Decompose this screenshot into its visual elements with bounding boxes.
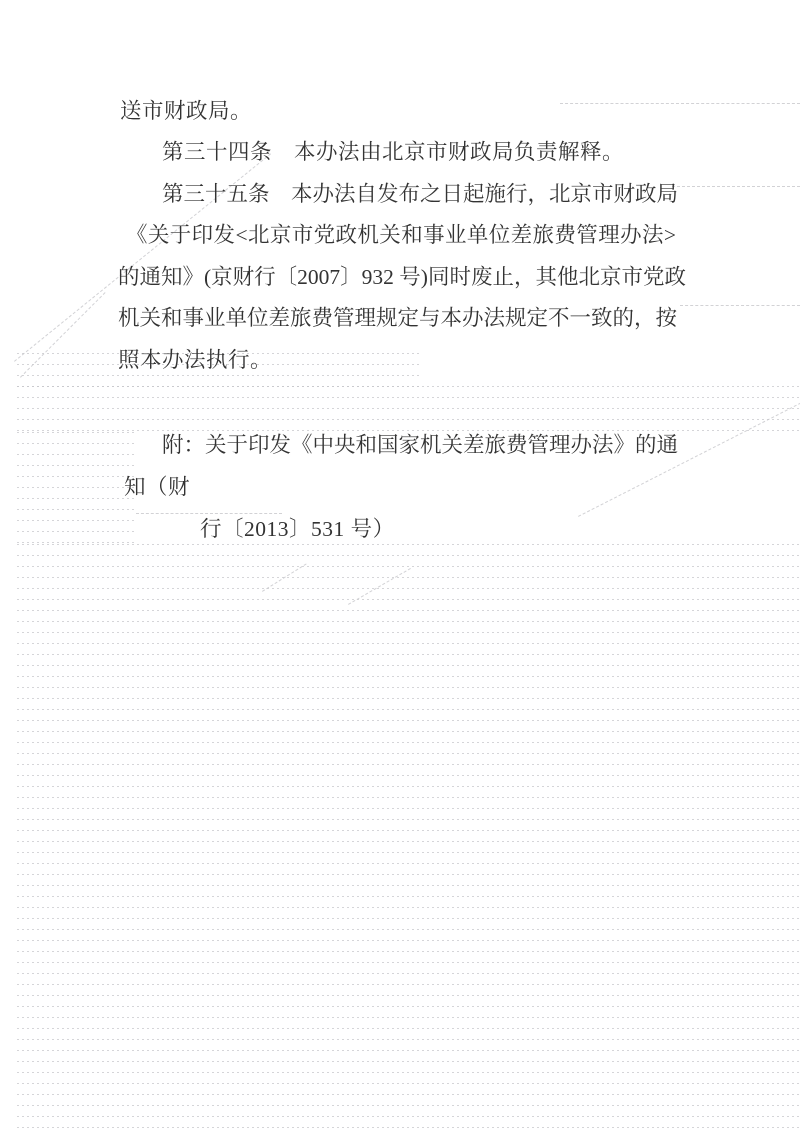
- document-page: 送市财政局。 第三十四条 本办法由北京市财政局负责解释。 第三十五条 本办法自发…: [0, 0, 800, 1131]
- document-line: 第三十四条 本办法由北京市财政局负责解释。: [162, 141, 624, 163]
- document-line: 送市财政局。: [120, 100, 252, 122]
- dotted-line-segment: [672, 186, 800, 187]
- document-line: 照本办法执行。: [118, 349, 272, 371]
- ruled-lines-band-upper-full: [14, 386, 800, 432]
- document-line: 附：关于印发《中央和国家机关差旅费管理办法》的通: [162, 434, 676, 456]
- ruled-lines-left-strip: [14, 432, 136, 544]
- document-line: 第三十五条 本办法自发布之日起施行，北京市财政局: [162, 183, 676, 205]
- document-line: 机关和事业单位差旅费管理规定与本办法规定不一致的，按: [118, 307, 676, 329]
- dotted-line-segment: [680, 305, 800, 306]
- document-line: 行〔2013〕531 号）: [200, 518, 395, 540]
- document-line: 《关于印发<北京市党政机关和事业单位差旅费管理办法>: [126, 224, 676, 246]
- dotted-line-segment: [560, 103, 800, 104]
- ruled-lines-band-lower: [14, 544, 800, 1129]
- document-line: 知（财: [124, 476, 190, 498]
- document-line: 的通知》(京财行〔2007〕932 号)同时废止，其他北京市党政: [118, 266, 676, 288]
- dotted-line-segment: [136, 513, 282, 514]
